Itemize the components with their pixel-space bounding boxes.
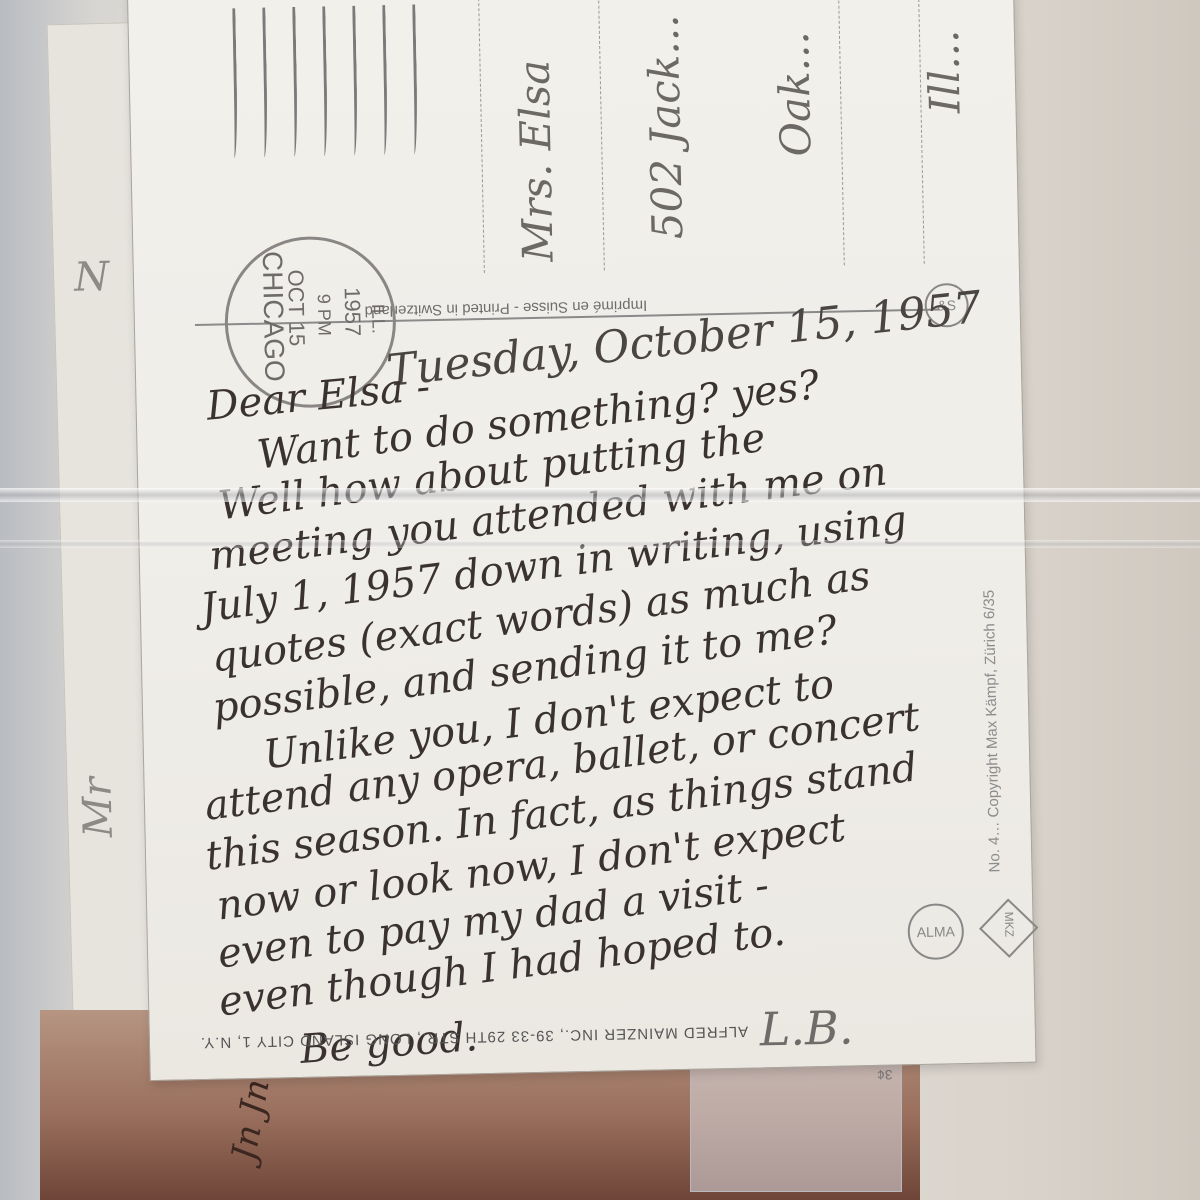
- addressee-street: 502 Jack...: [639, 14, 693, 239]
- underlying-handwriting-2: Mr: [74, 777, 122, 838]
- mkz-logo-icon: MKZ: [979, 898, 1038, 957]
- address-line-divider: [838, 0, 845, 265]
- postmark-year: 1957: [339, 287, 366, 336]
- postmark-date: OCT 15: [282, 269, 310, 346]
- alma-logo-text: ALMA: [917, 923, 955, 940]
- sleeve-fold-highlight: [0, 540, 1200, 548]
- postmark-time: 9 PM: [313, 294, 335, 336]
- stamp-value: 3¢: [877, 1067, 893, 1083]
- postmark-state: ILL.: [367, 303, 389, 333]
- address-line-divider: [478, 0, 485, 273]
- address-line-divider: [598, 0, 605, 270]
- underlying-handwriting-bottom: Jn Jn: [224, 1076, 278, 1164]
- publisher-copyright: No. 4… Copyright Max Kämpf, Zürich 6/35: [981, 590, 1004, 873]
- addressee-name: Mrs. Elsa: [509, 59, 562, 262]
- sleeve-fold-highlight: [0, 488, 1200, 502]
- letter-signature: L.B.: [759, 1000, 854, 1056]
- cancellation-lines: [228, 4, 441, 158]
- addressee-state: Ill...: [919, 29, 970, 114]
- underlying-stamp: 3¢: [690, 1060, 902, 1192]
- mkz-logo-text: MKZ: [1002, 912, 1017, 938]
- alma-logo-icon: ALMA: [907, 903, 964, 960]
- addressee-city: Oak...: [769, 31, 821, 157]
- underlying-handwriting: N: [74, 254, 110, 301]
